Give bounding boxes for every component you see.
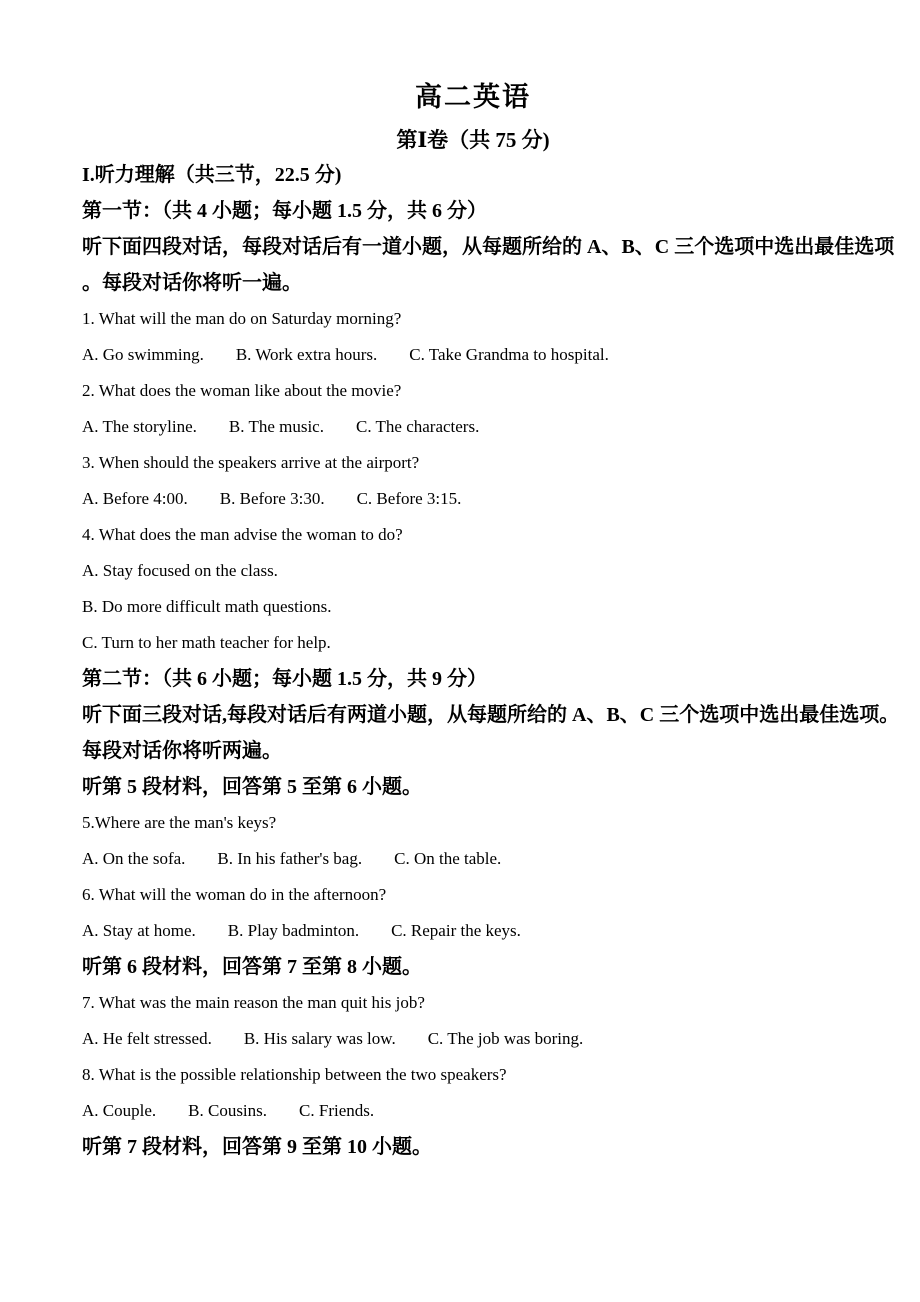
question-2-option-b: B. The music. bbox=[229, 409, 324, 445]
question-8-text: 8. What is the possible relationship bet… bbox=[82, 1057, 864, 1093]
section2-instructions-line1: 听下面三段对话,每段对话后有两道小题，从每题所给的 A、B、C 三个选项中选出最… bbox=[82, 697, 864, 733]
question-7-options: A. He felt stressed. B. His salary was l… bbox=[82, 1021, 864, 1057]
question-2-text: 2. What does the woman like about the mo… bbox=[82, 373, 864, 409]
question-2-options: A. The storyline. B. The music. C. The c… bbox=[82, 409, 864, 445]
question-5-option-b: B. In his father's bag. bbox=[217, 841, 362, 877]
part-title: 第Ⅰ卷（共 75 分) bbox=[82, 130, 864, 151]
question-1-option-c: C. Take Grandma to hospital. bbox=[409, 337, 609, 373]
question-2-option-c: C. The characters. bbox=[356, 409, 479, 445]
question-6-options: A. Stay at home. B. Play badminton. C. R… bbox=[82, 913, 864, 949]
question-3-text: 3. When should the speakers arrive at th… bbox=[82, 445, 864, 481]
question-2-option-a: A. The storyline. bbox=[82, 409, 197, 445]
question-4-option-a: A. Stay focused on the class. bbox=[82, 553, 864, 589]
section2-instructions-line2: 每段对话你将听两遍。 bbox=[82, 733, 864, 769]
question-8-options: A. Couple. B. Cousins. C. Friends. bbox=[82, 1093, 864, 1129]
question-1-text: 1. What will the man do on Saturday morn… bbox=[82, 301, 864, 337]
question-6-option-c: C. Repair the keys. bbox=[391, 913, 521, 949]
question-1-option-b: B. Work extra hours. bbox=[236, 337, 377, 373]
question-4-option-c: C. Turn to her math teacher for help. bbox=[82, 625, 864, 661]
question-7-option-b: B. His salary was low. bbox=[244, 1021, 396, 1057]
question-7-option-c: C. The job was boring. bbox=[428, 1021, 584, 1057]
material-7-heading: 听第 7 段材料，回答第 9 至第 10 小题。 bbox=[82, 1129, 864, 1165]
question-6-option-b: B. Play badminton. bbox=[228, 913, 359, 949]
question-8-option-b: B. Cousins. bbox=[188, 1093, 267, 1129]
question-8-option-c: C. Friends. bbox=[299, 1093, 374, 1129]
question-1-options: A. Go swimming. B. Work extra hours. C. … bbox=[82, 337, 864, 373]
question-7-text: 7. What was the main reason the man quit… bbox=[82, 985, 864, 1021]
question-5-option-c: C. On the table. bbox=[394, 841, 501, 877]
section1-heading: 第一节：（共 4 小题；每小题 1.5 分，共 6 分） bbox=[82, 193, 864, 229]
question-3-option-a: A. Before 4:00. bbox=[82, 481, 188, 517]
material-6-heading: 听第 6 段材料，回答第 7 至第 8 小题。 bbox=[82, 949, 864, 985]
question-5-text: 5.Where are the man's keys? bbox=[82, 805, 864, 841]
question-5-options: A. On the sofa. B. In his father's bag. … bbox=[82, 841, 864, 877]
question-3-option-b: B. Before 3:30. bbox=[220, 481, 325, 517]
question-6-option-a: A. Stay at home. bbox=[82, 913, 196, 949]
doc-title: 高二英语 bbox=[82, 84, 864, 111]
material-5-heading: 听第 5 段材料，回答第 5 至第 6 小题。 bbox=[82, 769, 864, 805]
section2-heading: 第二节：（共 6 小题；每小题 1.5 分，共 9 分） bbox=[82, 661, 864, 697]
question-5-option-a: A. On the sofa. bbox=[82, 841, 185, 877]
listening-section-heading: I.听力理解（共三节，22.5 分) bbox=[82, 157, 864, 193]
question-4-text: 4. What does the man advise the woman to… bbox=[82, 517, 864, 553]
question-3-option-c: C. Before 3:15. bbox=[357, 481, 462, 517]
question-6-text: 6. What will the woman do in the afterno… bbox=[82, 877, 864, 913]
question-1-option-a: A. Go swimming. bbox=[82, 337, 204, 373]
question-7-option-a: A. He felt stressed. bbox=[82, 1021, 212, 1057]
exam-page: 高二英语 第Ⅰ卷（共 75 分) I.听力理解（共三节，22.5 分) 第一节：… bbox=[0, 0, 920, 1302]
section1-instructions-line2: 。每段对话你将听一遍。 bbox=[82, 265, 864, 301]
section1-instructions-line1: 听下面四段对话，每段对话后有一道小题，从每题所给的 A、B、C 三个选项中选出最… bbox=[82, 229, 864, 265]
question-3-options: A. Before 4:00. B. Before 3:30. C. Befor… bbox=[82, 481, 864, 517]
question-8-option-a: A. Couple. bbox=[82, 1093, 156, 1129]
question-4-option-b: B. Do more difficult math questions. bbox=[82, 589, 864, 625]
